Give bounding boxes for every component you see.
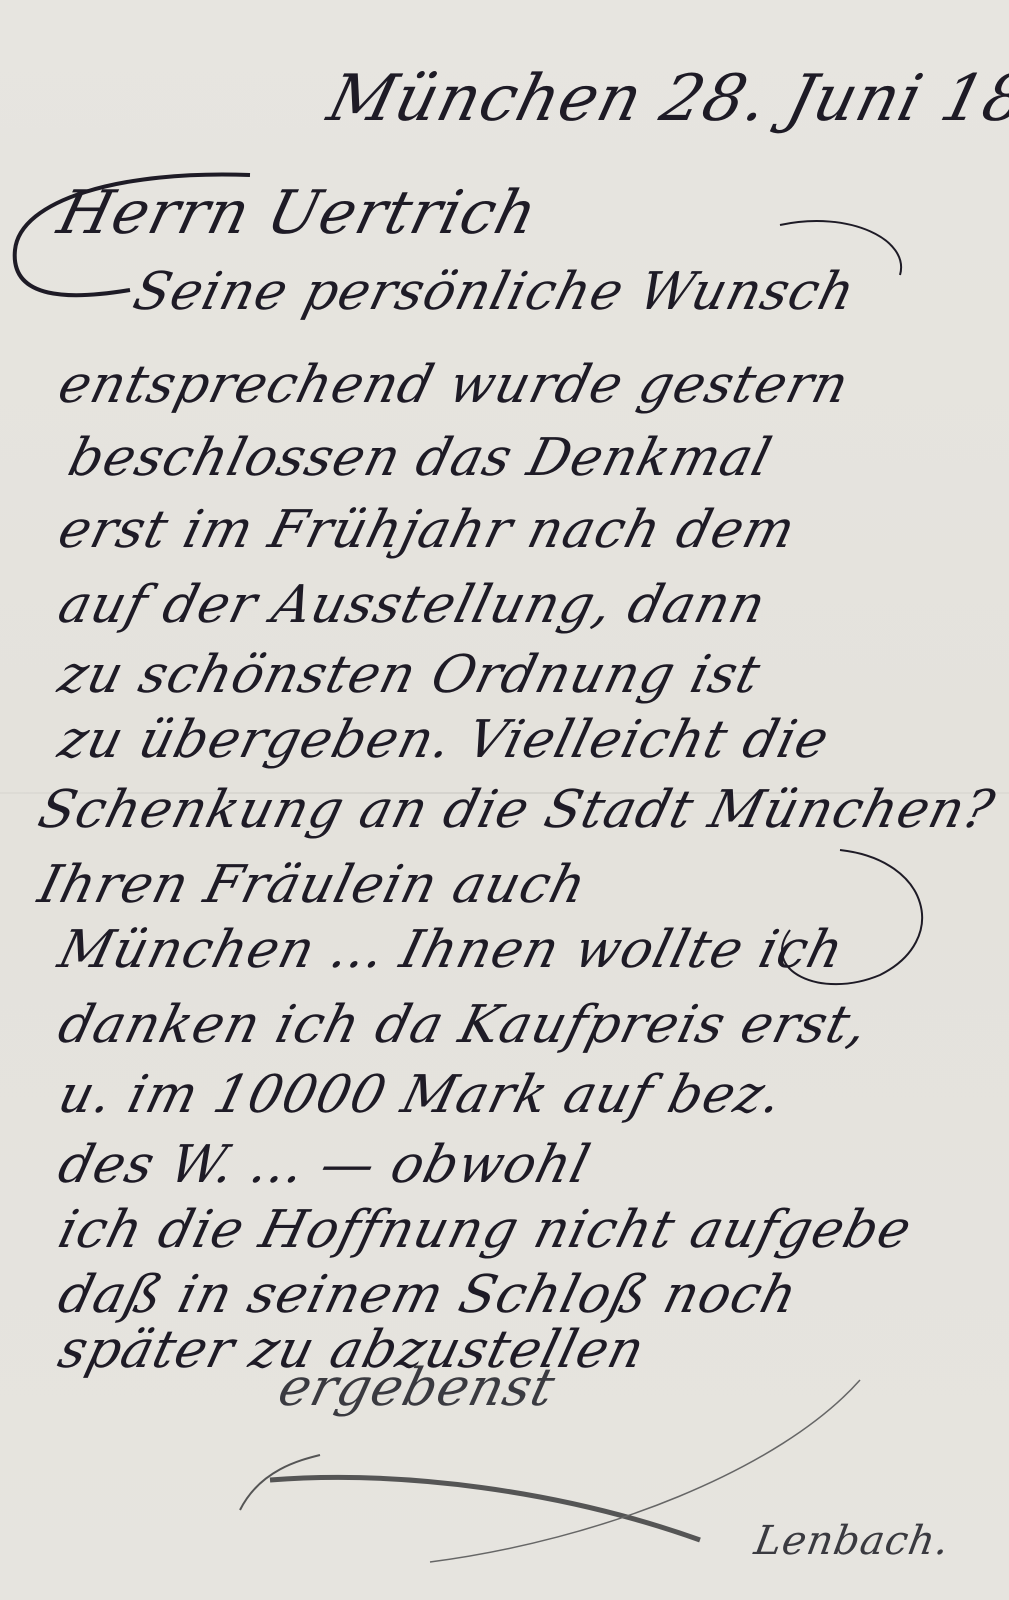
salutation: Herrn Uertrich: [51, 178, 544, 248]
dateline: München 28. Juni 1898: [321, 62, 1009, 136]
body-line: des W. ... — obwohl: [53, 1135, 597, 1195]
body-line: zu übergeben. Vielleicht die: [53, 710, 836, 770]
closing: ergebenst: [273, 1358, 562, 1418]
body-line: auf der Ausstellung, dann: [53, 575, 773, 635]
body-line: Schenkung an die Stadt München?: [33, 780, 1001, 840]
signature: Lenbach.: [751, 1518, 953, 1564]
letter-page: München 28. Juni 1898 Herrn Uertrich Sei…: [0, 0, 1009, 1600]
body-line: ich die Hoffnung nicht aufgebe: [53, 1200, 918, 1260]
body-line: zu schönsten Ordnung ist: [53, 645, 767, 705]
body-line: erst im Frühjahr nach dem: [53, 500, 802, 560]
body-line: entsprechend wurde gestern: [53, 355, 856, 415]
body-line: u. im 10000 Mark auf bez.: [53, 1065, 789, 1125]
body-line: daß in seinem Schloß noch: [53, 1265, 804, 1325]
body-line: beschlossen das Denkmal: [63, 428, 778, 488]
body-line: Seine persönliche Wunsch: [128, 262, 862, 322]
body-line: danken ich da Kaufpreis erst,: [53, 995, 875, 1055]
body-line: Ihren Fräulein auch: [33, 855, 593, 915]
body-line: München ... Ihnen wollte ich: [53, 920, 851, 980]
